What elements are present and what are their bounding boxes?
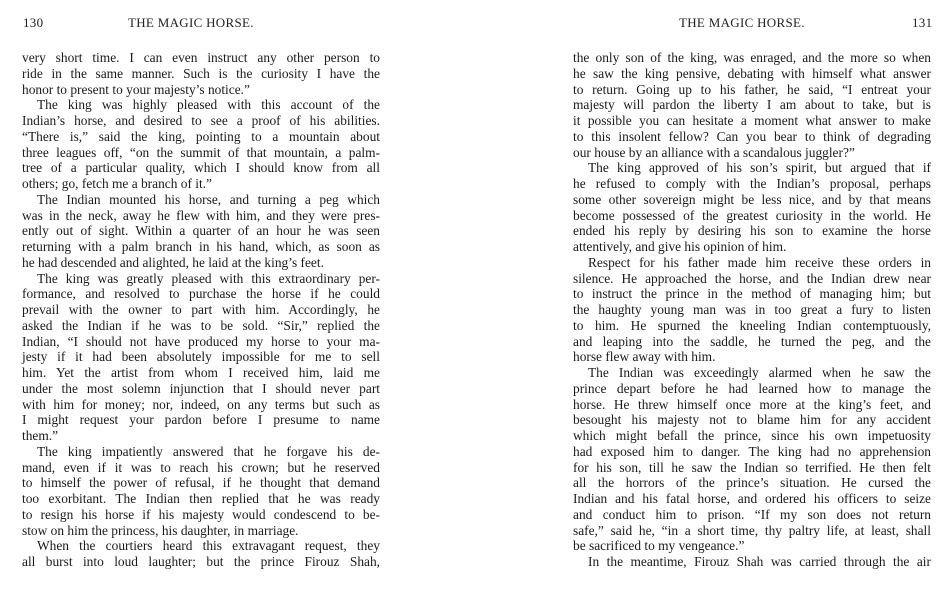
text-line: ride in the same manner. Such is the cur… (22, 66, 380, 82)
text-line: I might request your pardon before I pre… (22, 412, 380, 428)
page-body: the only son of the king, was enraged, a… (573, 50, 931, 570)
text-line: it possible you can hesitate a moment wh… (573, 113, 931, 129)
text-line: he refused to comply with the Indian’s p… (573, 176, 931, 192)
text-line: mand, even if it was to reach his crown;… (22, 460, 380, 476)
text-line: besought his majesty not to blame him fo… (573, 412, 931, 428)
text-line: stow on him the princess, his daughter, … (22, 523, 380, 539)
right-page: THE MAGIC HORSE. 131 the only son of the… (476, 0, 952, 598)
text-line: majesty will pardon the liberty I am abo… (573, 97, 931, 113)
text-line: three leagues off, “on the summit of tha… (22, 145, 380, 161)
text-line: to this insolent fellow? Can you bear to… (573, 129, 931, 145)
text-line: The king was highly pleased with this ac… (22, 97, 380, 113)
text-line: The king approved of his son’s spirit, b… (573, 160, 931, 176)
text-line: some other sovereign might be less nice,… (573, 192, 931, 208)
text-line: ended his reply by desiring his son to e… (573, 223, 931, 239)
text-line: “There is,” said the king, pointing to a… (22, 129, 380, 145)
text-line: to return. Going up to his father, he sa… (573, 82, 931, 98)
text-line: The king impatiently answered that he fo… (22, 444, 380, 460)
text-line: and conduct him to prison. “If my son do… (573, 507, 931, 523)
text-line: others; go, fetch me a branch of it.” (22, 176, 380, 192)
text-line: them.” (22, 428, 380, 444)
text-line: Indian, “I should not have produced my h… (22, 334, 380, 350)
text-line: When the courtiers heard this extravagan… (22, 538, 380, 554)
text-line: The Indian was exceedingly alarmed when … (573, 365, 931, 381)
text-line: all burst into loud laughter; but the pr… (22, 554, 380, 570)
text-line: had exposed him to danger. The king had … (573, 444, 931, 460)
text-line: was in the neck, away he flew with him, … (22, 208, 380, 224)
text-line: The Indian mounted his horse, and turnin… (22, 192, 380, 208)
text-line: Respect for his father made him receive … (573, 255, 931, 271)
text-line: him. Yet the artist from whom I received… (22, 365, 380, 381)
text-line: too exorbitant. The Indian then replied … (22, 491, 380, 507)
text-line: horse. He threw himself once more at the… (573, 397, 931, 413)
text-line: very short time. I can even instruct any… (22, 50, 380, 66)
text-line: under the most solemn injunction that I … (22, 381, 380, 397)
text-line: to him. He spurned the kneeling Indian c… (573, 318, 931, 334)
text-line: honor to present to your majesty’s notic… (22, 82, 380, 98)
page-body: very short time. I can even instruct any… (22, 50, 380, 570)
text-line: and leaping into the saddle, he turned t… (573, 334, 931, 350)
text-line: for his son, till he saw the Indian so t… (573, 460, 931, 476)
text-line: to instruct the prince in the method of … (573, 286, 931, 302)
text-line: attentively, and give his opinion of him… (573, 239, 931, 255)
text-line: be sacrificed to my vengeance.” (573, 538, 931, 554)
text-line: prevail with the owner to part with him.… (22, 302, 380, 318)
text-line: Indian and his fatal horse, and ordered … (573, 491, 931, 507)
text-line: jesty if it had been absolutely impossib… (22, 349, 380, 365)
running-head: THE MAGIC HORSE. (128, 15, 254, 31)
text-line: asked the Indian if he was to be sold. “… (22, 318, 380, 334)
page-number: 131 (912, 15, 932, 31)
page-number: 130 (23, 15, 43, 31)
text-line: which might befall the prince, since his… (573, 428, 931, 444)
text-line: our house by an alliance with a scandalo… (573, 145, 931, 161)
text-line: the haughty young man was in too great a… (573, 302, 931, 318)
text-line: returning with a palm branch in his hand… (22, 239, 380, 255)
text-line: become possessed of the greatest curiosi… (573, 208, 931, 224)
text-line: horse flew away with him. (573, 349, 931, 365)
text-line: the only son of the king, was enraged, a… (573, 50, 931, 66)
text-line: ently out of sight. Within a quarter of … (22, 223, 380, 239)
text-line: all the horrors of the prince’s situatio… (573, 475, 931, 491)
text-line: silence. He approached the horse, and th… (573, 271, 931, 287)
text-line: safe,” said he, “in a short time, thy pa… (573, 523, 931, 539)
text-line: The king was greatly pleased with this e… (22, 271, 380, 287)
text-line: to himself the power of refusal, if he t… (22, 475, 380, 491)
text-line: Indian’s horse, and desired to see a pro… (22, 113, 380, 129)
text-line: to resign his horse if his majesty would… (22, 507, 380, 523)
text-line: formance, and resolved to purchase the h… (22, 286, 380, 302)
text-line: prince depart before he had learned how … (573, 381, 931, 397)
text-line: with him for money; nor, indeed, on any … (22, 397, 380, 413)
left-page: 130 THE MAGIC HORSE. very short time. I … (0, 0, 476, 598)
text-line: he saw the king pensive, debating with h… (573, 66, 931, 82)
text-line: In the meantime, Firouz Shah was carried… (573, 554, 931, 570)
running-head: THE MAGIC HORSE. (679, 15, 805, 31)
text-line: tree of a particular quality, which I sh… (22, 160, 380, 176)
text-line: he had descended and alighted, he laid a… (22, 255, 380, 271)
